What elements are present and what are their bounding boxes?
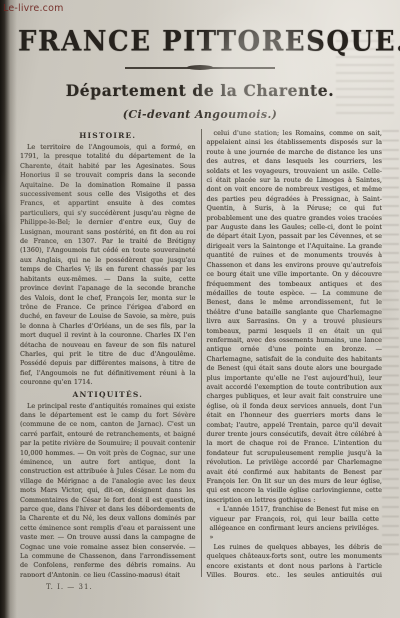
verso-bleedthrough-right (382, 130, 399, 560)
divider-ornament-knot (187, 65, 213, 70)
department-title: Département de la Charente. (18, 81, 382, 100)
masthead-title: FRANCE PITTORESQUE. (18, 26, 382, 58)
section-heading-antiquites: ANTIQUITÉS. (20, 390, 196, 399)
gothic-inscription-quote: « L'année 1517, franchise de Benest fut … (207, 505, 383, 543)
scanned-page: Le-livre.com FRANCE PITTORESQUE. Départe… (0, 0, 400, 618)
section-heading-histoire: HISTOIRE. (20, 131, 196, 140)
ruines-paragraph: Les ruines de quelques abbayes, les débr… (207, 543, 383, 577)
left-column: HISTOIRE. Le territoire de l'Angoumois, … (20, 129, 201, 577)
text-columns: HISTOIRE. Le territoire de l'Angoumois, … (20, 129, 382, 577)
ornament-divider (125, 64, 275, 72)
former-province-subtitle: (Ci-devant Angoumois.) (18, 108, 382, 121)
right-column: celui d'une station; les Romains, comme … (202, 129, 383, 577)
antiquites-continuation-paragraph: celui d'une station; les Romains, comme … (207, 129, 383, 505)
signature-mark: T. I. — 31. (46, 583, 93, 591)
seller-watermark: Le-livre.com (3, 3, 64, 14)
antiquites-paragraph: Le principal reste d'antiquités romaines… (20, 402, 196, 577)
histoire-paragraph: Le territoire de l'Angoumois, qui a form… (20, 143, 196, 388)
binding-shadow (0, 0, 17, 618)
